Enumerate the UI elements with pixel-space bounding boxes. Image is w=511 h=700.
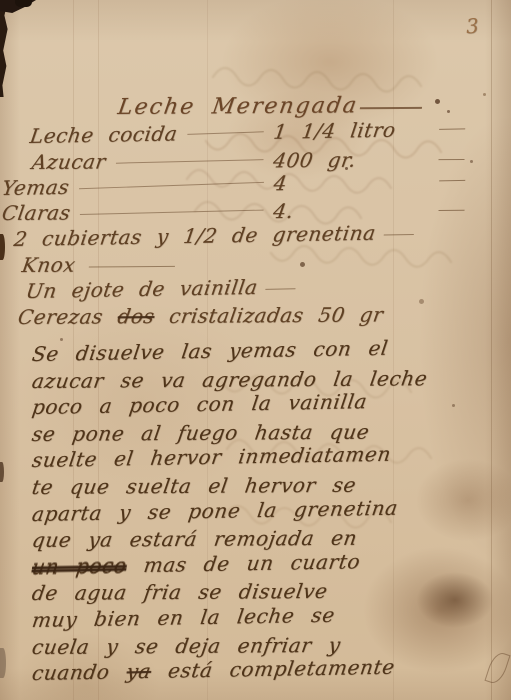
dash-connector <box>79 182 264 189</box>
instruction-text: muy bien en la leche se <box>30 603 336 632</box>
instruction-text: que ya estará remojada en <box>30 526 359 552</box>
ingredient-row: Cerezas dos cristalizadas 50 gr <box>16 301 466 330</box>
binding-nub <box>0 234 5 260</box>
dash-stroke <box>439 129 465 130</box>
instruction-text: mas de un cuarto <box>142 549 362 577</box>
dash-stroke <box>383 234 413 236</box>
instruction-text: se pone al fuego hasta que <box>30 419 371 445</box>
binding-edge-dark <box>15 0 32 7</box>
binding-nub <box>0 462 4 482</box>
ingredient-name: Azucar <box>30 149 107 174</box>
instructions-paragraph: Se disuelve las yemas con el azucar se v… <box>32 342 492 688</box>
ingredient-name: Leche cocida <box>28 121 179 148</box>
dash-stroke <box>439 180 465 181</box>
ingredient-name-cont: cristalizadas <box>168 303 306 328</box>
crossed-out-words: un poco <box>30 553 128 579</box>
ingredient-name: Claras <box>0 201 72 225</box>
dash-stroke <box>265 288 295 290</box>
binding-nub <box>0 648 6 678</box>
dash-stroke <box>89 266 175 268</box>
ingredient-amount: 4 <box>272 168 441 195</box>
dash-stroke <box>438 159 464 160</box>
ingredient-list: Leche cocida 1 1/4 litro Azucar 400 gr. … <box>34 124 464 330</box>
dash-connector <box>187 132 264 136</box>
instruction-text: poco a poco con la vainilla <box>30 389 368 419</box>
recipe-title: Leche Merengada <box>116 93 360 120</box>
ink-specks <box>0 0 3 3</box>
notebook-page: 3 Leche Merengada Leche cocida 1 1/4 lit… <box>0 0 511 700</box>
ingredient-name: Cerezas <box>16 304 104 329</box>
ingredient-amount: 50 gr <box>317 302 385 326</box>
instruction-text: te que suelta el hervor se <box>30 473 358 499</box>
ingredient-name: Yemas <box>0 174 71 199</box>
ingredient-amount: 1 1/4 litro <box>272 117 441 144</box>
instruction-text: cuando <box>30 660 111 685</box>
ingredient-name: 2 cubiertas y 1/2 de grenetina <box>12 221 377 251</box>
crossed-out-word: ya <box>125 659 153 683</box>
ingredient-name: Un ejote de vainilla <box>24 275 259 303</box>
underline-stroke <box>360 107 422 109</box>
instruction-text: suelte el hervor inmediatamen <box>30 442 392 472</box>
recipe-title-row: Leche Merengada <box>116 93 424 120</box>
instruction-text: de agua fria se disuelve <box>30 579 329 605</box>
crossed-out-word: dos <box>116 304 156 328</box>
dash-connector <box>115 159 263 164</box>
instruction-text: Se disuelve las yemas con el <box>30 336 389 366</box>
instruction-text: está completamente <box>167 655 397 683</box>
page-number: 3 <box>465 14 479 39</box>
ingredient-name: Knox <box>20 253 77 277</box>
instruction-text: cuela y se deja enfriar y <box>30 632 342 658</box>
dash-connector <box>80 210 263 215</box>
dash-stroke <box>438 211 464 212</box>
